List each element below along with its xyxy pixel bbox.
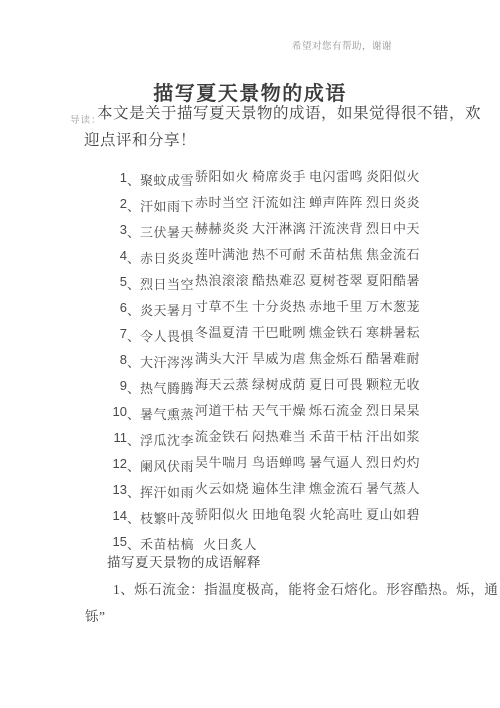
idiom-row-head: 6、炎天暑月 [109, 300, 195, 319]
row-number: 7 [109, 326, 127, 345]
idiom: 吴牛喘月 [195, 452, 252, 471]
idiom-row-items: 冬温夏清干巴毗咧燋金铁石寒耕暑耘 [195, 322, 423, 341]
row-separator: 、 [127, 248, 140, 267]
idiom-row-items: 骄阳如火椅席炎手电闪雷鸣炎阳似火 [195, 166, 423, 185]
idiom: 大汗淋漓 [252, 218, 309, 237]
idiom: 禾苗干枯 [309, 426, 366, 445]
idiom: 河道干枯 [195, 400, 252, 419]
idiom-row: 4、赤日炎炎莲叶满池热不可耐禾苗枯焦焦金流石 [109, 244, 489, 270]
idiom: 燋金铁石 [309, 322, 366, 341]
row-number: 8 [109, 352, 127, 371]
idiom-row: 5、烈日当空热浪滚滚酷热难忍夏树苍翠夏阳酷暑 [109, 270, 489, 296]
idiom-row: 10、暑气熏蒸河道干枯天气干燥烁石流金烈日杲杲 [109, 400, 489, 426]
idiom: 寒耕暑耘 [366, 322, 423, 341]
idiom-row-items: 骄阳似火田地龟裂火轮高吐夏山如碧 [195, 504, 423, 523]
idiom: 赤时当空 [195, 192, 252, 211]
row-number: 14 [109, 508, 127, 527]
row-number: 9 [109, 378, 127, 397]
row-number: 2 [109, 196, 127, 215]
idiom-row-head: 11、浮瓜沈李 [109, 430, 195, 449]
idiom: 汗如雨下 [140, 196, 194, 215]
idiom: 火轮高吐 [309, 504, 366, 523]
document-page: 希望对您有帮助，谢谢 描写夏天景物的成语 导读： 本文是关于描写夏天景物的成语，… [0, 0, 500, 708]
idiom-row: 3、三伏暑天赫赫炎炎大汗淋漓汗流浃背烈日中天 [109, 218, 489, 244]
idiom: 燋金流石 [309, 478, 366, 497]
idiom-row-items: 海天云蒸绿树成荫夏日可畏颗粒无收 [195, 374, 423, 393]
idiom: 赤日炎炎 [140, 248, 194, 267]
idiom: 聚蚊成雪 [140, 170, 194, 189]
explanation-line-2: 铄” [85, 603, 465, 630]
idiom-row: 6、炎天暑月寸草不生十分炎热赤地千里万木葱茏 [109, 296, 489, 322]
idiom-row-items: 赫赫炎炎大汗淋漓汗流浃背烈日中天 [195, 218, 423, 237]
idiom-row-items: 流金铁石闷热难当禾苗干枯汗出如浆 [195, 426, 423, 445]
idiom: 绿树成荫 [252, 374, 309, 393]
row-number: 12 [109, 456, 127, 475]
idiom-row-head: 8、大汗涔涔 [109, 352, 195, 371]
idiom-row-items: 赤时当空汗流如注蝉声阵阵烈日炎炎 [195, 192, 423, 211]
idiom-row-head: 12、阑风伏雨 [109, 456, 195, 475]
idiom: 夏树苍翠 [309, 270, 366, 289]
idiom: 田地龟裂 [252, 504, 309, 523]
idiom: 烈日当空 [140, 274, 194, 293]
idiom-row: 12、阑风伏雨吴牛喘月鸟语蝉鸣暑气逼人烈日灼灼 [109, 452, 489, 478]
idiom: 流金铁石 [195, 426, 252, 445]
idiom-row-head: 10、暑气熏蒸 [109, 404, 195, 423]
row-separator: 、 [127, 352, 140, 371]
idiom: 十分炎热 [252, 296, 309, 315]
row-number: 4 [109, 248, 127, 267]
idiom-row-items: 火云如烧遍体生津燋金流石暑气蒸人 [195, 478, 423, 497]
idiom-list: 1、聚蚊成雪骄阳如火椅席炎手电闪雷鸣炎阳似火2、汗如雨下赤时当空汗流如注蝉声阵阵… [109, 166, 489, 556]
idiom: 火云如烧 [195, 478, 252, 497]
idiom: 海天云蒸 [195, 374, 252, 393]
idiom-row-items: 热浪滚滚酷热难忍夏树苍翠夏阳酷暑 [195, 270, 423, 289]
idiom-row-head: 3、三伏暑天 [109, 222, 195, 241]
idiom: 遍体生津 [252, 478, 309, 497]
idiom: 焦金烁石 [309, 348, 366, 367]
idiom: 干巴毗咧 [252, 322, 309, 341]
idiom-row-head: 9、热气腾腾 [109, 378, 195, 397]
idiom: 热气腾腾 [140, 378, 194, 397]
lead-line-2: 迎点评和分享！ [84, 127, 460, 154]
idiom-row: 1、聚蚊成雪骄阳如火椅席炎手电闪雷鸣炎阳似火 [109, 166, 489, 192]
idiom: 寸草不生 [195, 296, 252, 315]
idiom: 满头大汗 [195, 348, 252, 367]
row-number: 11 [109, 430, 127, 449]
idiom: 椅席炎手 [252, 166, 309, 185]
row-number: 3 [109, 222, 127, 241]
explanation-section: 描写夏天景物的成语解释 1、烁石流金：指温度极高，能将金石熔化。形容酷热。烁，通… [85, 549, 465, 630]
idiom: 炎天暑月 [140, 300, 194, 319]
idiom: 莲叶满池 [195, 244, 252, 263]
idiom: 骄阳如火 [195, 166, 252, 185]
row-separator: 、 [127, 274, 140, 293]
idiom: 热浪滚滚 [195, 270, 252, 289]
idiom: 酷热难忍 [252, 270, 309, 289]
idiom-row-head: 14、枝繁叶茂 [109, 508, 195, 527]
lead-paragraph: 本文是关于描写夏天景物的成语，如果觉得很不错，欢 迎点评和分享！ [84, 100, 460, 154]
idiom-row: 2、汗如雨下赤时当空汗流如注蝉声阵阵烈日炎炎 [109, 192, 489, 218]
idiom-row: 13、挥汗如雨火云如烧遍体生津燋金流石暑气蒸人 [109, 478, 489, 504]
idiom: 电闪雷鸣 [309, 166, 366, 185]
idiom: 万木葱茏 [366, 296, 423, 315]
row-separator: 、 [127, 170, 140, 189]
row-separator: 、 [127, 196, 140, 215]
idiom-row-items: 满头大汗旱威为虐焦金烁石酷暑难耐 [195, 348, 423, 367]
idiom-row-items: 寸草不生十分炎热赤地千里万木葱茏 [195, 296, 423, 315]
idiom-row-head: 4、赤日炎炎 [109, 248, 195, 267]
idiom: 汗流浃背 [309, 218, 366, 237]
idiom: 夏阳酷暑 [366, 270, 423, 289]
idiom-row-items: 吴牛喘月鸟语蝉鸣暑气逼人烈日灼灼 [195, 452, 423, 471]
idiom-row-head: 5、烈日当空 [109, 274, 195, 293]
row-number: 1 [109, 170, 127, 189]
idiom: 三伏暑天 [140, 222, 194, 241]
explanation-line-1: 1、烁石流金：指温度极高，能将金石熔化。形容酷热。烁，通 [85, 576, 465, 603]
idiom: 汗出如浆 [366, 426, 423, 445]
idiom: 冬温夏清 [195, 322, 252, 341]
row-separator: 、 [127, 508, 140, 527]
idiom-row-head: 13、挥汗如雨 [109, 482, 195, 501]
idiom-row: 14、枝繁叶茂骄阳似火田地龟裂火轮高吐夏山如碧 [109, 504, 489, 530]
idiom: 烈日灼灼 [366, 452, 423, 471]
lead-line-1: 本文是关于描写夏天景物的成语，如果觉得很不错，欢 [84, 100, 460, 127]
idiom: 赤地千里 [309, 296, 366, 315]
idiom: 天气干燥 [252, 400, 309, 419]
row-number: 6 [109, 300, 127, 319]
header-note: 希望对您有帮助，谢谢 [292, 38, 392, 52]
row-separator: 、 [127, 222, 140, 241]
idiom-row-head: 2、汗如雨下 [109, 196, 195, 215]
idiom: 烈日中天 [366, 218, 423, 237]
idiom: 烁石流金 [309, 400, 366, 419]
idiom: 酷暑难耐 [366, 348, 423, 367]
idiom: 烈日杲杲 [366, 400, 423, 419]
idiom: 焦金流石 [366, 244, 423, 263]
idiom-row: 11、浮瓜沈李流金铁石闷热难当禾苗干枯汗出如浆 [109, 426, 489, 452]
idiom: 阑风伏雨 [140, 456, 194, 475]
idiom: 炎阳似火 [366, 166, 423, 185]
row-separator: 、 [127, 482, 140, 501]
row-separator: 、 [127, 326, 140, 345]
idiom-row-head: 1、聚蚊成雪 [109, 170, 195, 189]
idiom: 浮瓜沈李 [140, 430, 194, 449]
idiom: 旱威为虐 [252, 348, 309, 367]
row-separator: 、 [127, 300, 140, 319]
row-separator: 、 [127, 378, 140, 397]
idiom: 热不可耐 [252, 244, 309, 263]
idiom: 大汗涔涔 [140, 352, 194, 371]
idiom-row-items: 河道干枯天气干燥烁石流金烈日杲杲 [195, 400, 423, 419]
idiom: 骄阳似火 [195, 504, 252, 523]
idiom: 烈日炎炎 [366, 192, 423, 211]
idiom-row: 8、大汗涔涔满头大汗旱威为虐焦金烁石酷暑难耐 [109, 348, 489, 374]
idiom: 枝繁叶茂 [140, 508, 194, 527]
idiom-row: 7、令人畏惧冬温夏清干巴毗咧燋金铁石寒耕暑耘 [109, 322, 489, 348]
row-separator: 、 [127, 404, 140, 423]
idiom: 暑气蒸人 [366, 478, 423, 497]
idiom: 汗流如注 [252, 192, 309, 211]
idiom: 蝉声阵阵 [309, 192, 366, 211]
idiom: 暑气逼人 [309, 452, 366, 471]
idiom: 颗粒无收 [366, 374, 423, 393]
idiom: 夏日可畏 [309, 374, 366, 393]
row-number: 13 [109, 482, 127, 501]
idiom: 禾苗枯焦 [309, 244, 366, 263]
idiom-row-items: 莲叶满池热不可耐禾苗枯焦焦金流石 [195, 244, 423, 263]
row-number: 10 [109, 404, 127, 423]
idiom: 鸟语蝉鸣 [252, 452, 309, 471]
idiom: 赫赫炎炎 [195, 218, 252, 237]
row-separator: 、 [127, 456, 140, 475]
idiom: 令人畏惧 [140, 326, 194, 345]
explanation-heading: 描写夏天景物的成语解释 [107, 549, 465, 576]
idiom: 暑气熏蒸 [140, 404, 194, 423]
row-number: 5 [109, 274, 127, 293]
idiom-row-head: 7、令人畏惧 [109, 326, 195, 345]
idiom-row: 9、热气腾腾海天云蒸绿树成荫夏日可畏颗粒无收 [109, 374, 489, 400]
idiom: 闷热难当 [252, 426, 309, 445]
idiom: 挥汗如雨 [140, 482, 194, 501]
row-separator: 、 [127, 430, 140, 449]
idiom: 夏山如碧 [366, 504, 423, 523]
